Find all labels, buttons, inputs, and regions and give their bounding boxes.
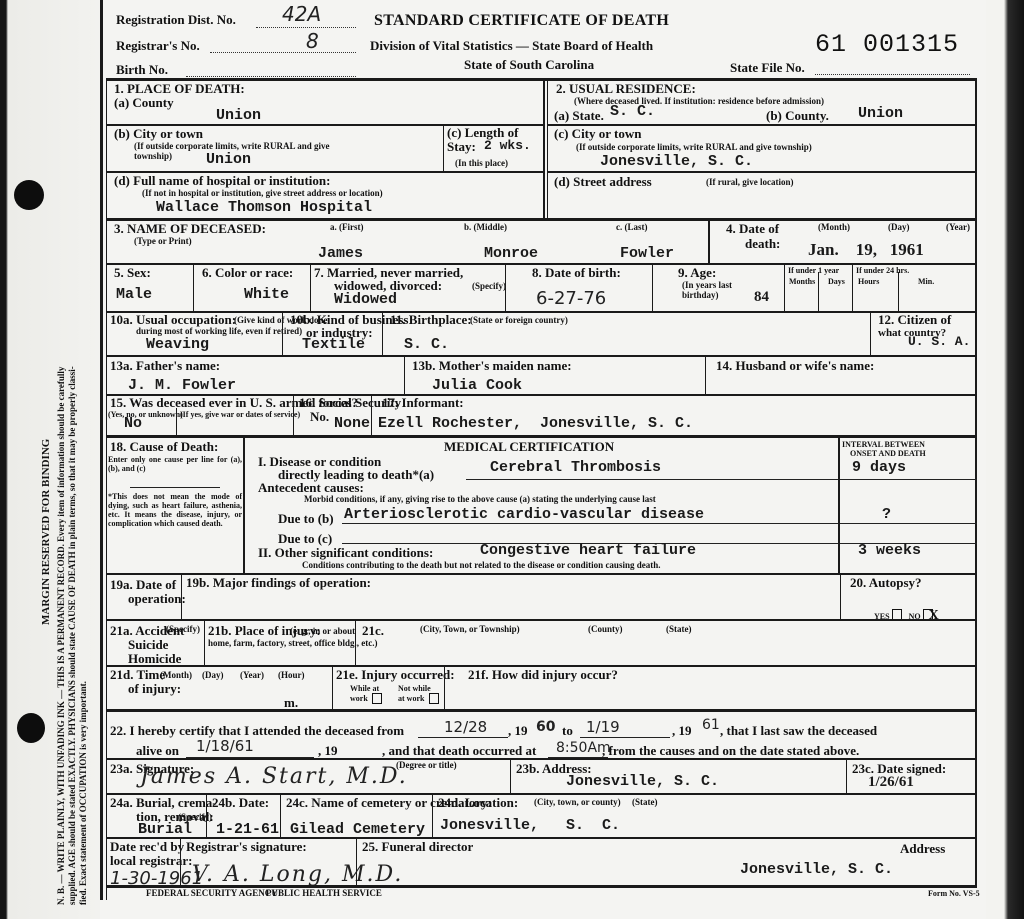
not-at-work-checkbox[interactable] <box>429 693 439 704</box>
ssn-label2: No. <box>310 410 329 424</box>
citizen-value[interactable]: U. S. A. <box>908 334 970 350</box>
funeral-address-label: Address <box>900 842 945 856</box>
reg-dist-value[interactable]: 42A <box>282 5 321 23</box>
res-street-note: (If rural, give location) <box>706 177 793 187</box>
armed-forces-note2: (If yes, give war or dates of service) <box>180 410 300 419</box>
death-city-value[interactable]: Union <box>206 152 251 168</box>
document-title: STANDARD CERTIFICATE OF DEATH <box>374 12 669 30</box>
state-file-underline <box>815 74 970 75</box>
registrar-value[interactable]: 8 <box>306 32 319 50</box>
funeral-director-label: 25. Funeral director <box>362 840 473 854</box>
death-city-note: (If outside corporate limits, write RURA… <box>134 141 329 151</box>
middle-name-label: b. (Middle) <box>464 222 507 232</box>
age-label: 9. Age: <box>678 266 716 280</box>
document-state: State of South Carolina <box>464 58 594 72</box>
sec1-sec2-divider-inner <box>547 80 548 220</box>
autopsy-label: 20. Autopsy? <box>850 576 922 590</box>
middle-name-value[interactable]: Monroe <box>484 246 538 262</box>
interval-b-rule <box>840 523 977 524</box>
informant-value[interactable]: Ezell Rochester, Jonesville, S. C. <box>378 416 693 432</box>
injury-time-label: 21d. Time <box>110 668 165 682</box>
col-divider <box>846 759 847 793</box>
col-divider <box>355 620 356 666</box>
cert-text1: 22. I hereby certify that I attended the… <box>110 724 404 738</box>
father-value[interactable]: J. M. Fowler <box>128 378 236 394</box>
margin-note-line1: N. B. — WRITE PLAINLY, WITH UNFADING INK… <box>56 367 66 905</box>
birthplace-note: (State or foreign country) <box>470 315 568 325</box>
injury-year: (Year) <box>240 670 264 680</box>
row-divider <box>106 355 977 357</box>
dod-day-label: (Day) <box>888 222 910 232</box>
interval-heading2: ONSET AND DEATH <box>850 449 926 458</box>
col-divider <box>784 264 785 312</box>
res-street-label: (d) Street address <box>554 175 652 189</box>
informant-label: 17. Informant: <box>382 396 464 410</box>
birthplace-label: 11. Birthplace: <box>390 313 472 327</box>
age-note: (In years last <box>682 280 732 290</box>
form-left-border <box>100 0 103 900</box>
mother-value[interactable]: Julia Cook <box>432 378 522 394</box>
col-divider <box>840 574 841 621</box>
col-divider <box>510 759 511 793</box>
cert-from-underline <box>418 737 508 738</box>
col-divider <box>280 794 281 838</box>
injury-month: (Month) <box>160 670 192 680</box>
col-divider <box>356 838 357 886</box>
registrar-label: Registrar's No. <box>116 39 200 53</box>
race-label: 6. Color or race: <box>202 266 293 280</box>
first-name-label: a. (First) <box>330 222 364 232</box>
stay-note: (In this place) <box>455 158 508 168</box>
col-divider <box>180 838 181 886</box>
col-divider <box>193 264 194 312</box>
dod-label: 4. Date of <box>726 222 779 236</box>
res-city-label: (c) City or town <box>554 127 642 141</box>
other-conditions-label: II. Other significant conditions: <box>258 546 433 560</box>
death-county-value[interactable]: Union <box>216 108 261 124</box>
cause-note-rule <box>130 487 220 488</box>
accident-specify: (Specify) <box>166 624 200 634</box>
operation-date-label2: operation: <box>128 592 186 606</box>
physician-signature: James A. Start, M.D. <box>140 768 408 786</box>
cert-alive-on: alive on <box>136 744 179 758</box>
months-label: Months <box>789 277 815 286</box>
other-conditions-value[interactable]: Congestive heart failure <box>480 543 696 559</box>
injury-m: m. <box>284 696 298 710</box>
burial-location-note: (City, town, or county) <box>534 797 621 807</box>
medical-heading: MEDICAL CERTIFICATION <box>444 440 614 454</box>
injury-city-note: (City, Town, or Township) <box>420 624 520 634</box>
sec1-sec2-divider <box>543 80 545 220</box>
col-divider <box>206 794 207 838</box>
interval-other-value[interactable]: 3 weeks <box>858 543 921 559</box>
cemetery-value[interactable]: Gilead Cemetery <box>290 822 425 838</box>
row-divider <box>106 619 977 621</box>
at-work-label: at work <box>398 694 424 703</box>
col-divider <box>652 264 653 312</box>
col-divider <box>204 620 205 666</box>
race-value[interactable]: White <box>244 287 289 303</box>
first-name-value[interactable]: James <box>318 246 363 262</box>
margin-note-line3: fied. Exact statement of OCCUPATION is v… <box>78 681 88 905</box>
age-note2: birthday) <box>682 290 719 300</box>
reg-dist-underline <box>256 27 356 28</box>
sex-value[interactable]: Male <box>116 287 152 303</box>
cert-text4: , from the causes and on the date stated… <box>602 744 859 758</box>
cause-b-underline <box>342 523 838 524</box>
residence-heading: 2. USUAL RESIDENCE: <box>556 82 696 96</box>
other-conditions-note: Conditions contributing to the death but… <box>302 560 660 570</box>
father-label: 13a. Father's name: <box>110 359 220 373</box>
interval-heading: INTERVAL BETWEEN <box>842 440 925 449</box>
injury-state-note: (State) <box>666 624 692 634</box>
state-file-label: State File No. <box>730 61 805 75</box>
dod-year-label: (Year) <box>946 222 970 232</box>
col-divider <box>293 395 294 435</box>
under24-label: If under 24 hrs. <box>856 266 909 275</box>
col-divider <box>852 264 853 312</box>
cert-to: to <box>562 724 573 738</box>
min-label: Min. <box>918 277 934 286</box>
registrar-underline <box>210 52 356 53</box>
armed-forces-value[interactable]: No <box>124 416 142 432</box>
due-b-label: Due to (b) <box>278 512 334 526</box>
stay-label2: Stay: <box>447 140 476 154</box>
dob-label: 8. Date of birth: <box>532 266 621 280</box>
dod-label2: death: <box>745 237 780 251</box>
col-divider <box>404 356 405 395</box>
injury-hour: (Hour) <box>278 670 305 680</box>
last-name-label: c. (Last) <box>616 222 648 232</box>
footer-service: PUBLIC HEALTH SERVICE <box>266 888 382 898</box>
burial-type-label: 24a. Burial, crema- <box>110 796 217 810</box>
res-city-note: (If outside corporate limits, write RURA… <box>576 142 812 152</box>
injury-time-label2: of injury: <box>128 682 181 696</box>
under1-label: If under 1 year <box>788 266 839 275</box>
cause-a-underline <box>466 479 838 480</box>
occupation-note2: during most of working life, even if ret… <box>136 326 302 336</box>
stay-value[interactable]: 2 wks. <box>484 138 531 154</box>
days-label: Days <box>828 277 845 286</box>
punch-hole-top <box>14 180 44 210</box>
suicide-label: Suicide <box>128 638 168 652</box>
burial-location-label: 24d. Location: <box>438 796 518 810</box>
res-county-label: (b) County. <box>766 109 829 123</box>
stay-divider <box>443 126 444 171</box>
hospital-note: (If not in hospital or institution, give… <box>142 188 383 198</box>
state-file-number: 61 001315 <box>815 30 959 59</box>
col-divider <box>444 666 445 710</box>
col-divider <box>705 356 706 395</box>
registrar-signature: V. A. Long, M.D. <box>192 866 403 884</box>
work-label: work <box>350 694 368 703</box>
dod-month-label: (Month) <box>818 222 850 232</box>
burial-date-value[interactable]: 1-21-61 <box>216 822 279 838</box>
cause-b-value[interactable]: Arteriosclerotic cardio-vascular disease <box>344 507 704 523</box>
name-note: (Type or Print) <box>134 236 192 246</box>
interval-a-rule <box>840 479 977 480</box>
col-divider <box>332 666 333 710</box>
col-divider <box>818 272 819 312</box>
received-label: Date rec'd by <box>110 840 184 854</box>
cause-a-value[interactable]: Cerebral Thrombosis <box>490 460 661 476</box>
cert-from-date[interactable]: 12/28 <box>444 718 487 736</box>
injury-place-note2: home, farm, factory, street, office bldg… <box>208 638 378 648</box>
cert-19-c: , 19 <box>318 744 338 758</box>
form-left-border-inner <box>106 80 107 900</box>
spouse-label: 14. Husband or wife's name: <box>716 359 874 373</box>
cert-19-a: , 19 <box>508 724 528 738</box>
birth-no-underline <box>186 76 356 77</box>
date-signed-value[interactable]: 1/26/61 <box>868 774 914 790</box>
injury-occurred-label: 21e. Injury occurred: <box>336 668 455 682</box>
col-divider <box>176 408 177 435</box>
document-subtitle: Division of Vital Statistics — State Boa… <box>370 39 653 53</box>
mother-label: 13b. Mother's maiden name: <box>412 359 572 373</box>
citizen-label: 12. Citizen of <box>878 313 951 327</box>
cert-text2: , that I last saw the deceased <box>720 724 877 738</box>
hospital-value[interactable]: Wallace Thomson Hospital <box>156 200 372 216</box>
findings-label: 19b. Major findings of operation: <box>186 576 371 590</box>
sex-label: 5. Sex: <box>114 266 151 280</box>
death-city-note2: township) <box>134 151 172 161</box>
dob-value[interactable]: 6-27-76 <box>536 290 606 308</box>
reg-dist-label: Registration Dist. No. <box>116 13 236 27</box>
burial-location-value[interactable]: Jonesville, S. C. <box>440 818 620 834</box>
homicide-label: Homicide <box>128 652 181 666</box>
birth-no-label: Birth No. <box>116 63 168 77</box>
interval-col-divider <box>838 437 840 573</box>
while-at-work-checkbox[interactable] <box>372 693 382 704</box>
col-divider <box>382 312 383 356</box>
name-label: 3. NAME OF DECEASED: <box>114 222 266 236</box>
place-of-death-heading: 1. PLACE OF DEATH: <box>114 82 245 96</box>
margin-note-line2: supplied. AGE should be stated EXACTLY. … <box>67 366 77 905</box>
form-number: Form No. VS-5 <box>928 889 980 898</box>
marital-value[interactable]: Widowed <box>334 292 397 308</box>
last-name-value[interactable]: Fowler <box>620 246 674 262</box>
due-c-label: Due to (c) <box>278 532 332 546</box>
res-city-value[interactable]: Jonesville, S. C. <box>600 154 753 170</box>
col-divider <box>371 395 372 435</box>
col-divider <box>181 574 182 621</box>
interval-a-value[interactable]: 9 days <box>852 460 906 476</box>
cert-to-date[interactable]: 1/19 <box>586 718 620 736</box>
operation-date-label: 19a. Date of <box>110 578 176 592</box>
ssn-value[interactable]: None <box>334 416 370 432</box>
cert-from-year[interactable]: 60 <box>536 718 555 736</box>
injury-loc-label: 21c. <box>362 624 384 638</box>
cert-to-year[interactable]: 61 <box>702 716 720 734</box>
physician-address-value[interactable]: Jonesville, S. C. <box>566 774 719 790</box>
injury-county-note: (County) <box>588 624 623 634</box>
col-divider <box>282 312 283 356</box>
birthplace-value[interactable]: S. C. <box>404 337 449 353</box>
registrar-sig-label: Registrar's signature: <box>186 840 307 854</box>
injury-how-label: 21f. How did injury occur? <box>468 668 618 682</box>
armed-forces-note: (Yes, no, or unknown) <box>108 410 183 419</box>
burial-type-value[interactable]: Burial <box>138 822 192 838</box>
cause-col-divider <box>243 437 245 573</box>
cert-alive-date[interactable]: 1/18/61 <box>196 737 254 755</box>
footer-agency: FEDERAL SECURITY AGENCY <box>146 888 278 898</box>
col-divider <box>310 264 311 312</box>
res-state-label: (a) State. <box>554 109 604 123</box>
row-divider <box>547 171 977 173</box>
col-divider <box>870 312 871 356</box>
punch-hole-bottom <box>17 713 45 743</box>
col-divider <box>505 264 506 312</box>
row-divider <box>106 311 977 313</box>
cert-19-b: , 19 <box>672 724 692 738</box>
death-city-label: (b) City or town <box>114 127 203 141</box>
injury-day: (Day) <box>202 670 224 680</box>
funeral-address-value[interactable]: Jonesville, S. C. <box>740 862 893 878</box>
while-at-label: While at <box>350 684 379 693</box>
age-value[interactable]: 84 <box>754 289 769 305</box>
hours-label: Hours <box>858 277 879 286</box>
cause-footnote: *This does not mean the mode of dying, s… <box>108 492 242 528</box>
dod-value[interactable]: Jan. 19, 1961 <box>808 242 924 258</box>
degree-label: (Degree or title) <box>396 760 457 770</box>
col-divider <box>432 794 433 838</box>
cert-to-underline <box>580 737 670 738</box>
burial-date-label: 24b. Date: <box>212 796 269 810</box>
antecedent-note: Morbid conditions, if any, giving rise t… <box>304 494 656 504</box>
occupation-value[interactable]: Weaving <box>146 337 209 353</box>
row-divider <box>106 435 977 438</box>
margin-binding-text: MARGIN RESERVED FOR BINDING <box>40 439 52 625</box>
business-value[interactable]: Textile <box>302 337 365 353</box>
res-state-value[interactable]: S. C. <box>610 104 655 120</box>
occupation-label: 10a. Usual occupation: <box>110 313 236 327</box>
death-county-label: (a) County <box>114 96 174 110</box>
marital-specify: (Specify) <box>472 281 506 291</box>
row-divider <box>106 709 977 712</box>
col-divider <box>898 272 899 312</box>
hospital-label: (d) Full name of hospital or institution… <box>114 174 330 188</box>
cause-label: 18. Cause of Death: <box>110 440 218 454</box>
not-while-label: Not while <box>398 684 431 693</box>
dod-divider <box>708 220 710 264</box>
injury-place-note: (e. g., in or about <box>290 626 355 636</box>
cause-note: Enter only one cause per line for (a), (… <box>108 455 242 473</box>
res-county-value[interactable]: Union <box>858 106 903 122</box>
form-right-border <box>975 80 977 885</box>
cert-text3: , and that death occurred at <box>382 744 536 758</box>
scan-right-edge <box>986 0 1024 919</box>
interval-b-value[interactable]: ? <box>882 507 891 523</box>
burial-state-note: (State) <box>632 797 658 807</box>
antecedent-label: Antecedent causes: <box>258 481 364 495</box>
